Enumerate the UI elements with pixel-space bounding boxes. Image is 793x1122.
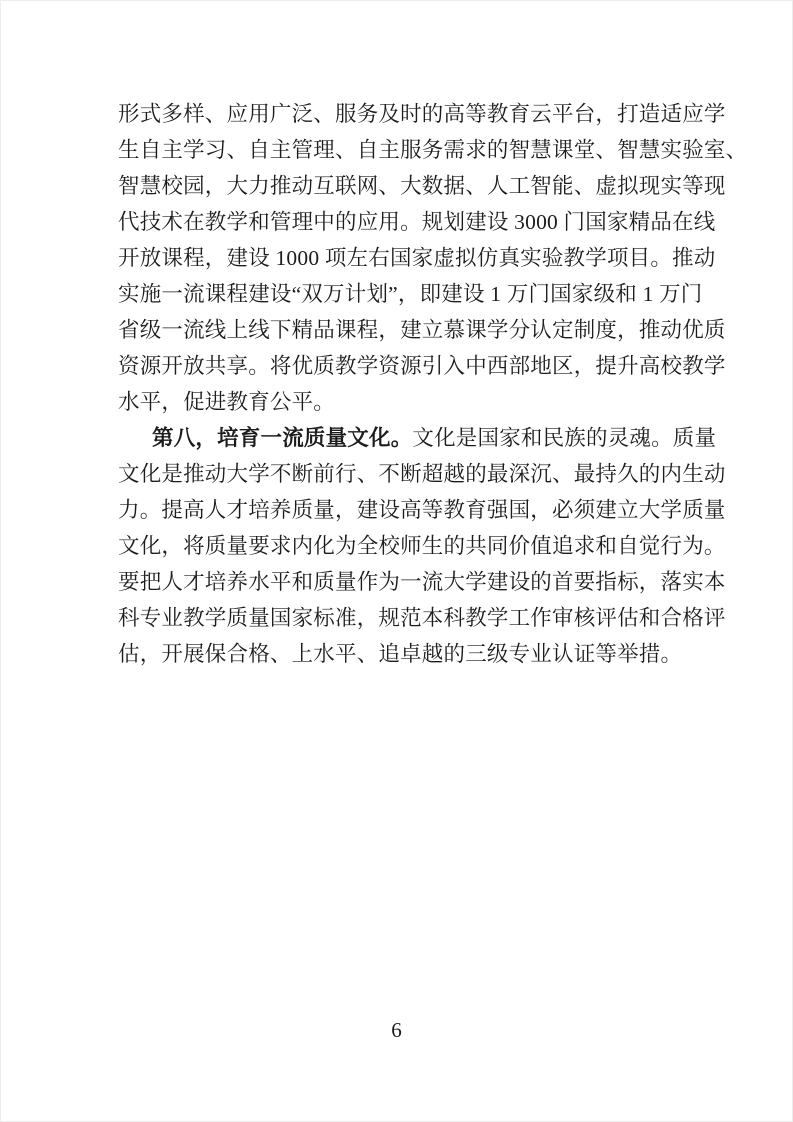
text-line: 形式多样、应用广泛、服务及时的高等教育云平台，打造适应学: [118, 96, 676, 132]
text-line: 水平，促进教育公平。: [118, 384, 676, 420]
text-line: 生自主学习、自主管理、自主服务需求的智慧课堂、智慧实验室、: [118, 132, 676, 168]
text-line: 资源开放共享。将优质教学资源引入中西部地区，提升高校教学: [118, 348, 676, 384]
text-line: 开放课程，建设 1000 项左右国家虚拟仿真实验教学项目。推动: [118, 240, 676, 276]
text-line: 省级一流线上线下精品课程，建立慕课学分认定制度，推动优质: [118, 312, 676, 348]
text-line: 文化，将质量要求内化为全校师生的共同价值追求和自觉行为。: [118, 528, 676, 564]
text-line: 文化是推动大学不断前行、不断超越的最深沉、最持久的内生动: [118, 456, 676, 492]
paragraph-heading-line: 第八，培育一流质量文化。文化是国家和民族的灵魂。质量: [118, 420, 676, 456]
text-line: 要把人才培养水平和质量作为一流大学建设的首要指标，落实本: [118, 564, 676, 600]
text-line: 智慧校园，大力推动互联网、大数据、人工智能、虚拟现实等现: [118, 168, 676, 204]
text-line: 估，开展保合格、上水平、追卓越的三级专业认证等举措。: [118, 636, 676, 672]
text-line: 代技术在教学和管理中的应用。规划建设 3000 门国家精品在线: [118, 204, 676, 240]
paragraph-lead-bold: 第八，培育一流质量文化。: [152, 426, 412, 450]
text-line: 科专业教学质量国家标准，规范本科教学工作审核评估和合格评: [118, 600, 676, 636]
document-page: 形式多样、应用广泛、服务及时的高等教育云平台，打造适应学 生自主学习、自主管理、…: [0, 0, 793, 1122]
paragraph-lead-rest: 文化是国家和民族的灵魂。质量: [412, 426, 716, 450]
text-line: 实施一流课程建设“双万计划”，即建设 1 万门国家级和 1 万门: [118, 276, 676, 312]
text-line: 力。提高人才培养质量，建设高等教育强国，必须建立大学质量: [118, 492, 676, 528]
page-number: 6: [0, 1012, 793, 1048]
body-text: 形式多样、应用广泛、服务及时的高等教育云平台，打造适应学 生自主学习、自主管理、…: [118, 96, 676, 672]
